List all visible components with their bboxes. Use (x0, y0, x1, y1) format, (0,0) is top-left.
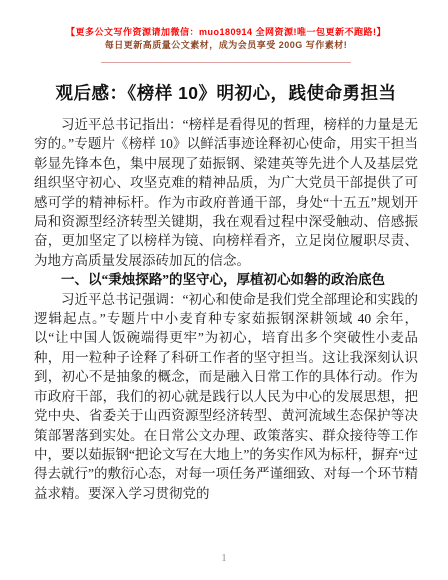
document-page: 【更多公文写作资源请加微信：muo180914 全网资源!唯一包更新不跑路!】 … (0, 0, 448, 580)
header-divider (101, 62, 351, 63)
paragraph-2: 习近平总书记强调：“初心和使命是我们党全部理论和实践的逻辑起点。”专题片中小麦育… (34, 290, 418, 503)
section-heading-1: 一、以“秉烛探路”的坚守心，厚植初心如磐的政治底色 (34, 270, 418, 289)
document-title: 观后感：《榜样 10》明初心，践使命勇担当 (34, 81, 418, 105)
paragraph-1: 习近平总书记指出：“榜样是看得见的哲理，榜样的力量是无穷的。”专题片《榜样 10… (34, 115, 418, 270)
page-number: 1 (0, 553, 448, 564)
document-header: 【更多公文写作资源请加微信：muo180914 全网资源!唯一包更新不跑路!】 … (34, 26, 418, 63)
promo-header-line-2: 每日更新高质量公文素材，成为会员享受 200G 写作素材! (34, 39, 418, 51)
promo-header-line-1: 【更多公文写作资源请加微信：muo180914 全网资源!唯一包更新不跑路!】 (34, 26, 418, 38)
